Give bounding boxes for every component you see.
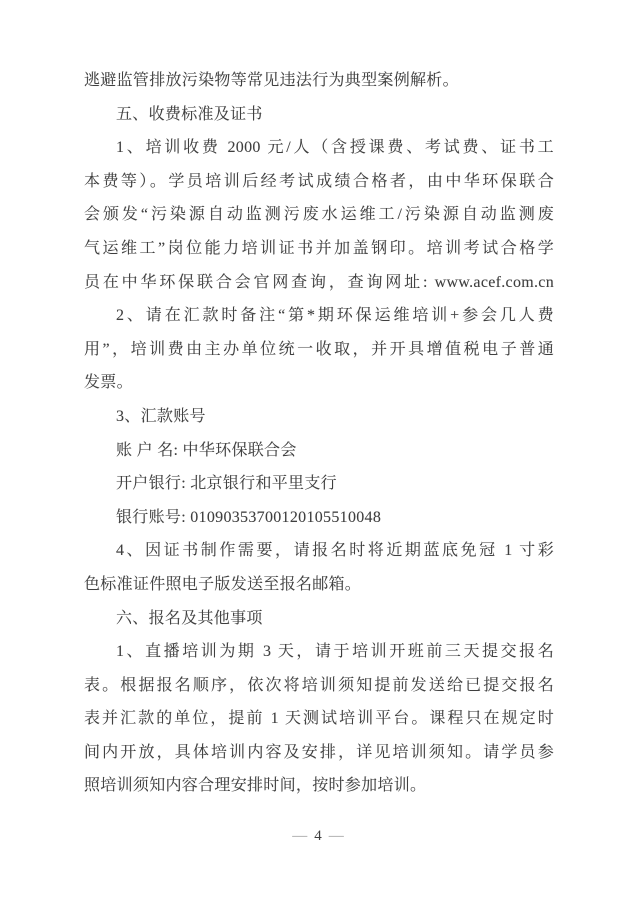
body-line: 气运维工”岗位能力培训证书并加盖钢印。培训考试合格学: [84, 232, 554, 266]
registration-item-1-line: 1、直播培训为期 3 天，请于培训开班前三天提交报名: [84, 635, 554, 669]
body-line: 色标准证件照电子版发送至报名邮箱。: [84, 568, 554, 602]
body-line: 表。根据报名顺序，依次将培训须知提前发送给已提交报名: [84, 669, 554, 703]
body-line: 表并汇款的单位，提前 1 天测试培训平台。课程只在规定时: [84, 702, 554, 736]
body-line: 用”，培训费由主办单位统一收取，并开具增值税电子普通: [84, 333, 554, 367]
section-6-heading: 六、报名及其他事项: [84, 602, 554, 636]
website-line: 员在中华环保联合会官网查询，查询网址: www.acef.com.cn: [84, 266, 554, 300]
body-line: 本费等）。学员培训后经考试成绩合格者，由中华环保联合: [84, 165, 554, 199]
fee-item-3-line: 3、汇款账号: [84, 400, 554, 434]
footer-right-dash: —: [329, 828, 344, 844]
fee-item-1-line: 1、培训收费 2000 元/人（含授课费、考试费、证书工: [84, 131, 554, 165]
bank-account-number-line: 银行账号: 01090353700120105510048: [84, 501, 554, 535]
body-line: 间内开放，具体培训内容及安排，详见培训须知。请学员参: [84, 736, 554, 770]
footer-left-dash: —: [292, 828, 307, 844]
document-body: 逃避监管排放污染物等常见违法行为典型案例解析。 五、收费标准及证书 1、培训收费…: [84, 64, 554, 803]
body-line: 照培训须知内容合理安排时间，按时参加培训。: [84, 769, 554, 803]
paragraph-continuation-line: 逃避监管排放污染物等常见违法行为典型案例解析。: [84, 64, 554, 98]
fee-item-4-line: 4、因证书制作需要，请报名时将近期蓝底免冠 1 寸彩: [84, 534, 554, 568]
page-footer: —4—: [0, 826, 636, 846]
bank-name-line: 开户银行: 北京银行和平里支行: [84, 467, 554, 501]
page-number: 4: [314, 828, 322, 844]
bank-account-name-line: 账 户 名: 中华环保联合会: [84, 434, 554, 468]
body-line: 会颁发“污染源自动监测污废水运维工/污染源自动监测废: [84, 198, 554, 232]
section-5-heading: 五、收费标准及证书: [84, 98, 554, 132]
fee-item-2-line: 2、请在汇款时备注“第*期环保运维培训+参会几人费: [84, 299, 554, 333]
scanned-document-page: 逃避监管排放污染物等常见违法行为典型案例解析。 五、收费标准及证书 1、培训收费…: [0, 0, 636, 900]
body-line: 发票。: [84, 366, 554, 400]
